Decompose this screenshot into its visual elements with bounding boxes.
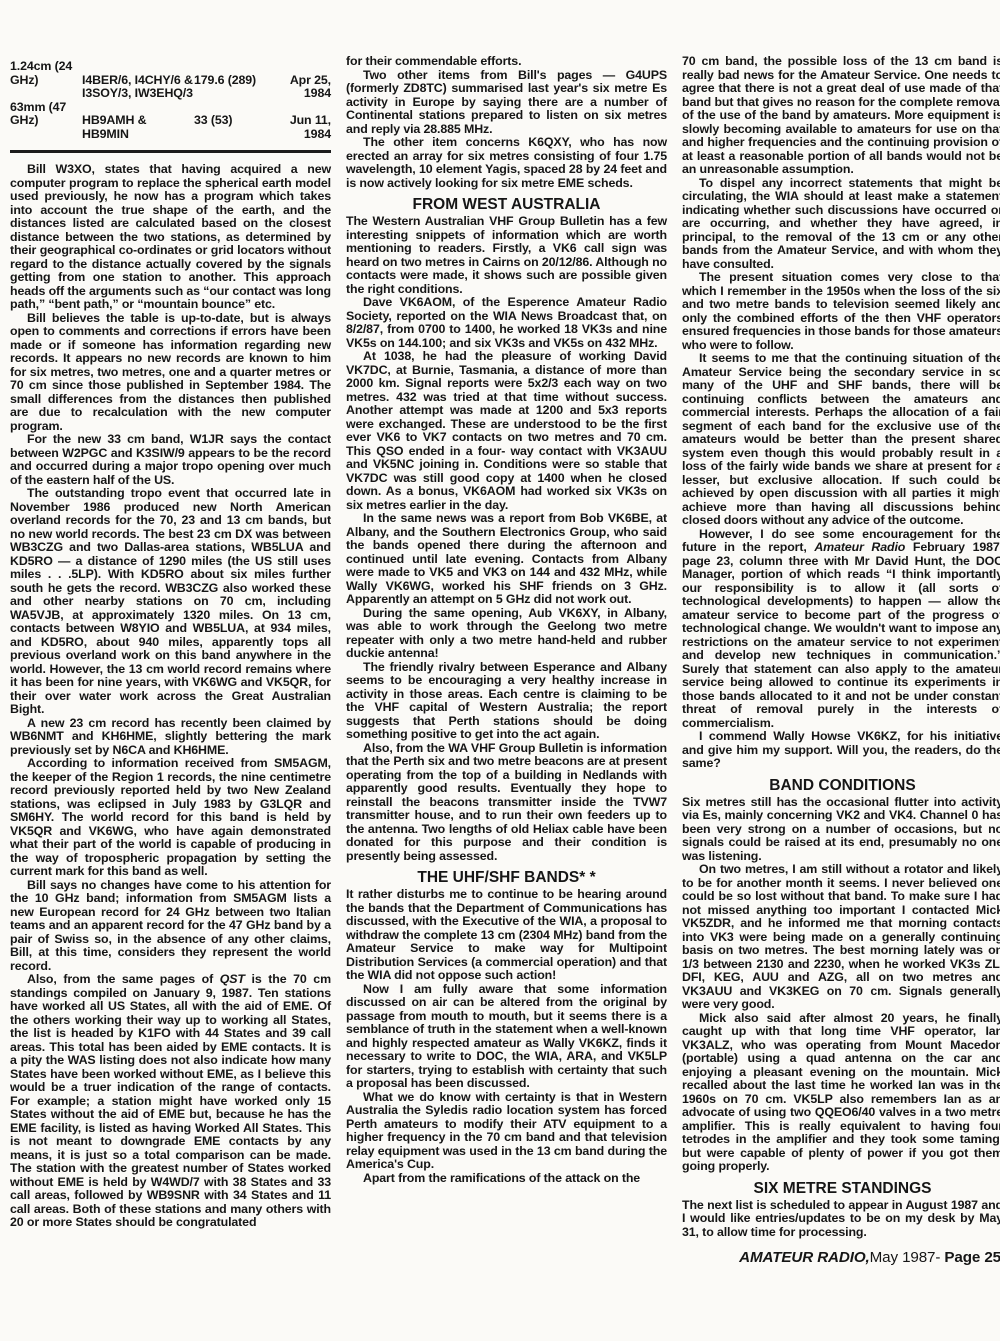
section-heading-six-metre-standings: SIX METRE STANDINGS	[682, 1180, 1000, 1197]
paragraph-disturbs: It rather disturbs me to continue to be …	[346, 888, 667, 983]
paragraph-next-list: The next list is scheduled to appear in …	[682, 1199, 1000, 1240]
paragraph-dave-vk6aom: Dave VK6AOM, of the Esperence Amateur Ra…	[346, 296, 667, 350]
footer-issue-date: May 1987-	[870, 1249, 945, 1266]
paragraph-table-up-to-date: Bill believes the table is up-to-date, b…	[10, 312, 331, 434]
paragraph-aub-vk6xy: During the same opening, Aub VK6XY, in A…	[346, 607, 667, 661]
qst-title-italic: QST	[220, 972, 245, 986]
record-callsigns: HB9AMH & HB9MIN	[82, 101, 194, 142]
paragraph-mick: Mick also said after almost 20 years, he…	[682, 1012, 1000, 1174]
magazine-page: 1.24cm (24 GHz) I4BER/6, I4CHY/6 & I3SOY…	[0, 0, 1000, 1341]
paragraph-23cm-record: A new 23 cm record has recently been cla…	[10, 717, 331, 758]
paragraph-sm5agm: According to information received from S…	[10, 757, 331, 879]
paragraph-syledis: What we do know with certainty is that i…	[346, 1091, 667, 1172]
paragraph-bob-vk6be: In the same news was a report from Bob V…	[346, 512, 667, 607]
records-table: 1.24cm (24 GHz) I4BER/6, I4CHY/6 & I3SOY…	[10, 60, 331, 141]
paragraph-present-situation: The present situation comes very close t…	[682, 271, 1000, 352]
three-column-layout: 1.24cm (24 GHz) I4BER/6, I4CHY/6 & I3SOY…	[10, 55, 992, 1266]
section-heading-uhf-shf-bands: THE UHF/SHF BANDS* *	[346, 869, 667, 886]
table-divider-rule	[10, 150, 331, 153]
paragraph-text: February 1987, page 23, column three wit…	[682, 540, 1000, 730]
paragraph-dispel: To dispel any incorrect statements that …	[682, 177, 1000, 272]
paragraph-text: Also, from the same pages of	[27, 972, 220, 986]
paragraph-encouragement: However, I do see some encouragement for…	[682, 528, 1000, 731]
column-3: 70 cm band, the possible loss of the 13 …	[682, 55, 1000, 1266]
paragraph-bill-w3xo: Bill W3XO, states that having acquired a…	[10, 163, 331, 312]
paragraph-secondary-service: It seems to me that the continuing situa…	[682, 352, 1000, 528]
paragraph-no-changes: Bill says no changes have come to his at…	[10, 879, 331, 974]
paragraph-fully-aware: Now I am fully aware that some informati…	[346, 983, 667, 1091]
paragraph-text: is the 70 cm standings compiled on Janua…	[10, 972, 331, 1229]
record-band: 1.24cm (24 GHz)	[10, 60, 82, 101]
column-2: for their commendable efforts. Two other…	[346, 55, 667, 1266]
record-distance: 179.6 (289)	[194, 60, 278, 101]
record-callsigns: I4BER/6, I4CHY/6 & I3SOY/3, IW3EHQ/3	[82, 60, 194, 101]
paragraph-at-1038: At 1038, he had the pleasure of working …	[346, 350, 667, 512]
amateur-radio-title-italic: Amateur Radio	[814, 540, 905, 554]
footer-magazine-title: AMATEUR RADIO,	[739, 1249, 870, 1266]
paragraph-qst-standings: Also, from the same pages of QST is the …	[10, 973, 331, 1230]
paragraph-k6qxy: The other item concerns K6QXY, who has n…	[346, 136, 667, 190]
page-footer: AMATEUR RADIO,May 1987- Page 25	[682, 1249, 1000, 1266]
column-1: 1.24cm (24 GHz) I4BER/6, I4CHY/6 & I3SOY…	[10, 55, 331, 1266]
record-date: Jun 11, 1984	[278, 101, 331, 142]
section-heading-from-west-australia: FROM WEST AUSTRALIA	[346, 196, 667, 213]
paragraph-perth-beacons: Also, from the WA VHF Group Bulletin is …	[346, 742, 667, 864]
record-date: Apr 25, 1984	[278, 60, 331, 101]
footer-page-number: Page 25	[944, 1249, 1000, 1266]
paragraph-friendly-rivalry: The friendly rivalry between Esperance a…	[346, 661, 667, 742]
paragraph-33cm-band: For the new 33 cm band, W1JR says the co…	[10, 433, 331, 487]
record-row: 63mm (47 GHz) HB9AMH & HB9MIN 33 (53) Ju…	[10, 101, 331, 142]
paragraph-two-other-items: Two other items from Bill's pages — G4UP…	[346, 69, 667, 137]
paragraph-commend: I commend Wally Howse VK6KZ, for his ini…	[682, 730, 1000, 771]
paragraph-continuation: 70 cm band, the possible loss of the 13 …	[682, 55, 1000, 177]
record-distance: 33 (53)	[194, 101, 278, 142]
paragraph-six-metres: Six metres still has the occasional flut…	[682, 796, 1000, 864]
record-band: 63mm (47 GHz)	[10, 101, 82, 142]
record-row: 1.24cm (24 GHz) I4BER/6, I4CHY/6 & I3SOY…	[10, 60, 331, 101]
section-heading-band-conditions: BAND CONDITIONS	[682, 777, 1000, 794]
paragraph-wa-bulletin: The Western Australian VHF Group Bulleti…	[346, 215, 667, 296]
paragraph-apart-from: Apart from the ramifications of the atta…	[346, 1172, 667, 1186]
paragraph-two-metres: On two metres, I am still without a rota…	[682, 863, 1000, 1012]
paragraph-tropo-event: The outstanding tropo event that occurre…	[10, 487, 331, 717]
paragraph-continuation: for their commendable efforts.	[346, 55, 667, 69]
